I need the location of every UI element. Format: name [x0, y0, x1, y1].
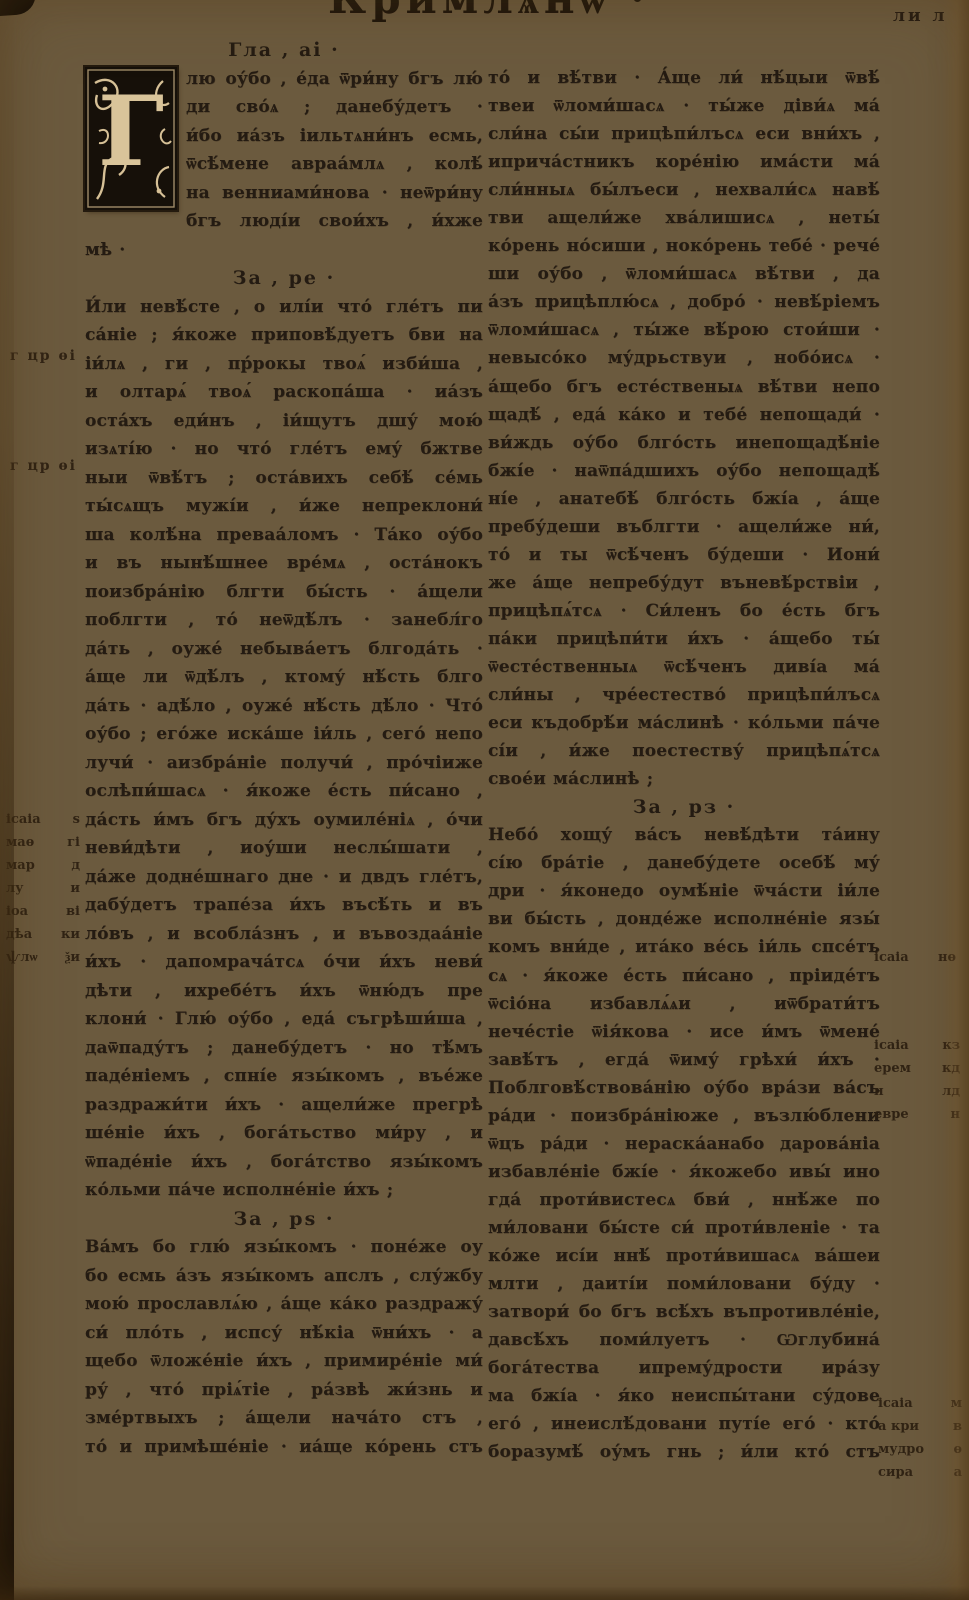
text-line: бгъ люді́и свои́хъ , и́хже пре́же разу́ [186, 207, 483, 236]
text-line: Небо́ хощу́ ва́съ невѣ́дѣти та́ину [488, 821, 880, 849]
text-line: оу́бо ; его́же иска́ше іи́ль , сего́ неп… [85, 720, 483, 749]
text-line: завѣ́тъ , егда́ ѿиму́ грѣхи́ и́хъ · [488, 1046, 880, 1074]
margin-reference: дѣаки [6, 923, 80, 946]
text-line: то́ и вѣ́тви · А́ще ли́ нѣ́цыи ѿвѣ́ [488, 64, 880, 92]
reference-book: евре [874, 1103, 909, 1126]
section-106-text: Ва́мъ бо глю́ язы́комъ · поне́же оубо ес… [85, 1233, 483, 1461]
text-line: ты́сѧщъ мужі́и , и́же непреклони́ [85, 492, 483, 521]
reference-book: ерем [874, 1057, 911, 1080]
text-line: дабу́детъ трапе́за и́хъ въсѣ́ть и въ [85, 891, 483, 920]
text-line: клони́ · Глю́ оу́бо , еда́ съгрѣши́ша , [85, 1005, 483, 1034]
text-line: а́ще ли ѿдѣ́лъ , ктому́ нѣ́сть блго [85, 663, 483, 692]
text-line: даѿпаду́тъ ; данебу́детъ · но тѣ́мъ [85, 1034, 483, 1063]
text-line: ша колѣ́на преваа́ломъ · Та́ко оу́бо [85, 521, 483, 550]
text-line: его́ , инеислѣ́довани путі́е его́ · кто́ [488, 1410, 880, 1438]
text-line: ѿломи́шасѧ , ты́же вѣ́рою стои́ши · [488, 316, 880, 344]
text-line: мѣ · [85, 236, 483, 265]
folio-number: ли л [893, 6, 948, 26]
text-line: твеи ѿломи́шасѧ · ты́же діви́ѧ ма́ [488, 92, 880, 120]
text-line: и въ нынѣ́шнее вре́мѧ , оста́нокъ [85, 549, 483, 578]
text-line: гда́ проти́вистесѧ бви́ , ннѣ́же по [488, 1186, 880, 1214]
text-line: да́ть · адѣ́ло , оуже́ нѣ́сть дѣ́ло · Чт… [85, 692, 483, 721]
right-column-text: то́ и вѣ́тви · А́ще ли́ нѣ́цыи ѿвѣ́твеи … [488, 64, 880, 793]
reference-number: гі [67, 831, 80, 854]
text-line: ѿесте́ственныѧ ѿсѣ́ченъ диві́а ма́ [488, 653, 880, 681]
reference-number: ѳ [954, 1438, 962, 1461]
binding-spine-edge [0, 0, 14, 1600]
book-page: Кримлѧнѡ · ли л г цр ѳі г цр ѳі ісаіаѕма… [0, 0, 969, 1600]
margin-reference: ісаіаѕ [6, 808, 80, 831]
reference-number: кз [942, 1034, 960, 1057]
text-line: бо есмь а́зъ язы́комъ апслъ , слу́жбу [85, 1262, 483, 1291]
text-line: щадѣ́ , еда́ ка́ко и тебе́ непощади́ · [488, 401, 880, 429]
text-line: ди сво́ѧ ; данебу́детъ · [186, 93, 483, 122]
text-line: да́ть , оуже́ небыва́етъ блгода́ть · [85, 635, 483, 664]
initial-letter: Г [98, 84, 164, 180]
text-line: ко́же исі́и ннѣ́ проти́вишасѧ ва́шеи [488, 1242, 880, 1270]
reference-number: ѯи [65, 946, 80, 969]
reference-book: маѳ [6, 831, 34, 854]
text-line: пребу́деши въблгти · ащели́же ни́, [488, 513, 880, 541]
reference-number: м [951, 1392, 962, 1415]
text-line: ши оу́бо , ѿломи́шасѧ вѣ́тви , да [488, 260, 880, 288]
text-line: а́щебо бгъ есте́ственыѧ вѣ́тви непо [488, 373, 880, 401]
chapter-heading: Гла , аі · [85, 36, 483, 65]
reference-number: кд [942, 1057, 960, 1080]
text-line: ко́рень но́сиши , ноко́рень тебе́ · рече… [488, 232, 880, 260]
margin-note-kings-2: г цр ѳі [10, 458, 77, 474]
margin-note-kings-1: г цр ѳі [10, 348, 77, 364]
text-line: невысо́ко му́дрьствуи , нобо́исѧ · [488, 344, 880, 372]
text-line: изѧті́ю · но что́ гле́тъ ему́ бжтве [85, 435, 483, 464]
margin-reference: ісаіанѳ [874, 946, 956, 969]
reference-book: мар [6, 854, 35, 877]
text-line: ѿцъ ра́ди · нераска́анабо дарова́ніа [488, 1130, 880, 1158]
text-line: Поблговѣ́ствова́нію оу́бо вра́зи ва́съ [488, 1074, 880, 1102]
text-line: тви ащели́же хва́лишисѧ , неты́ [488, 204, 880, 232]
margin-cross-references-left: ісаіаѕмаѳгімардлуиіоавідѣакиѱлѡѯи [6, 808, 80, 969]
text-line: и́хъ · дапомрача́тсѧ о́чи и́хъ неви́ [85, 948, 483, 977]
text-line: оста́хъ еди́нъ , іи́щутъ дшу́ мою́ [85, 407, 483, 436]
text-line: ру́ , что́ пріѧ́тіе , ра́звѣ жи́знь и [85, 1376, 483, 1405]
margin-reference: сираа [878, 1461, 962, 1484]
reference-book: мудро [878, 1438, 924, 1461]
margin-reference: а крив [878, 1415, 962, 1438]
margin-cross-references-right-3: ісаіама кривмудроѳсираа [878, 1392, 962, 1484]
text-line: ми́ловани бы́сте си́ проти́вленіе · та [488, 1214, 880, 1242]
text-line: боразумѣ́ оу́мъ гнь ; и́ли кто́ стъ [488, 1438, 880, 1466]
margin-reference: ісаіам [878, 1392, 962, 1415]
running-header: Кримлѧнѡ · [328, 0, 650, 24]
reference-number: ки [61, 923, 80, 946]
text-line: па́ки прицѣпи́ти и́хъ · а́щебо ты́ [488, 625, 880, 653]
margin-reference: іоаві [6, 900, 80, 923]
text-line: ко́льми па́че исполне́ніе и́хъ ; [85, 1176, 483, 1205]
text-line: же а́ще непребу́дут въневѣ́рствіи , [488, 569, 880, 597]
section-heading-106: За , рѕ · [85, 1205, 483, 1234]
section-heading-107: За , рз · [488, 793, 880, 821]
reference-number: лд [942, 1080, 960, 1103]
text-line: свое́и ма́слинѣ ; [488, 765, 880, 793]
text-line: дри · я́конедо оумѣ́ніе ѿча́сти іи́ле [488, 877, 880, 905]
margin-cross-references-right-1: ісаіанѳ [874, 946, 956, 969]
text-line: то́ и примѣше́ніе · иа́ще ко́рень стъ [85, 1433, 483, 1462]
reference-book: ісаіа [878, 1392, 913, 1415]
page-bottom-edge [0, 1586, 969, 1600]
text-line: раздражи́ти и́хъ · ащели́же прегрѣ [85, 1091, 483, 1120]
text-line: дѣти , ихребе́тъ и́хъ ѿню́дъ пре [85, 977, 483, 1006]
text-line: ше́ніе и́хъ , бога́тьство ми́ру , и [85, 1119, 483, 1148]
text-line: бжі́е · наѿпа́дшихъ оу́бо непощадѣ́ [488, 457, 880, 485]
text-line: сли́нныѧ бы́лъеси , нехвали́сѧ навѣ́ [488, 176, 880, 204]
text-line: бога́тества ипрему́дрости ира́зу [488, 1354, 880, 1382]
left-text-column: Гла , аі · Г лю оу́бо , е́да ѿри́ну бг [85, 36, 483, 1461]
text-line: мою́ прославлѧ́ю , а́ще ка́ко раздражу́ [85, 1290, 483, 1319]
text-line: еси къдобрѣ́и ма́слинѣ · ко́льми па́че [488, 709, 880, 737]
text-line: ныи ѿвѣ́тъ ; оста́вихъ себѣ́ се́мь [85, 464, 483, 493]
text-line: поблгти , то́ неѿдѣ́лъ · занебл́го [85, 606, 483, 635]
text-line: са́ніе ; я́коже приповѣ́дуетъ бви на [85, 321, 483, 350]
text-line: и олтарѧ́ твоѧ́ раскопа́ша · иа́зъ [85, 378, 483, 407]
text-line: избавле́ніе бжі́е · я́кожебо ивы́ ино [488, 1158, 880, 1186]
margin-reference: мард [6, 854, 80, 877]
ornamental-initial-block: Г [85, 67, 177, 210]
text-line: сі́ю бра́тіе , данебу́дете осебѣ́ му́ [488, 849, 880, 877]
reference-number: в [953, 1415, 962, 1438]
page-right-edge [943, 0, 969, 1600]
text-line: ѿсѣ́мене авраа́млѧ , колѣ́ [186, 150, 483, 179]
section-105-text: И́ли невѣ́сте , о илі́и что́ гле́тъ писа… [85, 293, 483, 1205]
text-line: млти , даиті́и поми́ловани бу́ду · [488, 1270, 880, 1298]
text-line: прицѣпѧ́тсѧ · Си́ленъ бо е́сть бгъ [488, 597, 880, 625]
reference-number: н [950, 1103, 960, 1126]
section-heading-105: За , ре · [85, 264, 483, 293]
right-text-column: то́ и вѣ́тви · А́ще ли́ нѣ́цыи ѿвѣ́твеи … [488, 64, 880, 1466]
text-line: сли́на сы́и прицѣпи́лъсѧ еси вни́хъ , [488, 120, 880, 148]
reference-number: ѕ [73, 808, 80, 831]
reference-book: а кри [878, 1415, 919, 1438]
text-line: зме́ртвыхъ ; а́щели нача́то стъ , [85, 1404, 483, 1433]
text-line: на венниами́нова · неѿри́ну [186, 179, 483, 208]
reference-number: а [954, 1461, 962, 1484]
text-line: ви бы́сть , донде́же исполне́ніе язы́ [488, 905, 880, 933]
text-line: да́же додне́шнаго дне · и двдъ гле́тъ, [85, 863, 483, 892]
text-line: си́ пло́ть , испсу́ нѣ́кіа ѿни́хъ · а [85, 1319, 483, 1348]
margin-reference: еремкд [874, 1057, 960, 1080]
section-107-text: Небо́ хощу́ ва́съ невѣ́дѣти та́инусі́ю б… [488, 821, 880, 1466]
text-line: Ва́мъ бо глю́ язы́комъ · поне́же оу [85, 1233, 483, 1262]
margin-reference: луи [6, 877, 80, 900]
margin-reference: мудроѳ [878, 1438, 962, 1461]
reference-book: лу [6, 877, 24, 900]
text-line: сі́и , и́же поестеству́ прицѣпѧ́тсѧ [488, 737, 880, 765]
text-line: сли́ны , чре́естество́ прицѣпи́лъсѧ [488, 681, 880, 709]
reference-book: дѣа [6, 923, 32, 946]
text-line: ло́въ , и всобла́знъ , и въвоздаа́ніе [85, 920, 483, 949]
text-line: ѿпаде́ніе и́хъ , бога́тство язы́комъ [85, 1148, 483, 1177]
text-line: лю оу́бо , е́да ѿри́ну бгъ лю́ [186, 65, 483, 94]
text-line: то́ и ты ѿсѣ́ченъ бу́деши · Иони́ [488, 541, 880, 569]
reference-book: ѱлѡ [6, 946, 38, 969]
margin-cross-references-right-2: ісаіакзеремкдилдеврен [874, 1034, 960, 1126]
page-corner-stain [0, 0, 37, 17]
text-line: нече́стіе ѿія́кова · исе и́мъ ѿмене́ [488, 1018, 880, 1046]
text-line: ѿсіо́на избавлѧ́ѧи , иѿбрати́тъ [488, 990, 880, 1018]
text-line: ні́е , анатебѣ́ блго́сть бжі́а , а́ще [488, 485, 880, 513]
text-line: щебо ѿложе́ніе и́хъ , примире́ніе ми́ [85, 1347, 483, 1376]
margin-reference: ѱлѡѯи [6, 946, 80, 969]
text-line: поизбра́нію блгти бы́сть · а́щели [85, 578, 483, 607]
reference-book: ісаіа [874, 946, 909, 969]
text-line: паде́ніемъ , спні́е язы́комъ , въе́же [85, 1062, 483, 1091]
text-line: ра́ди · поизбра́ніюже , възлю́блени [488, 1102, 880, 1130]
reference-book: ісаіа [874, 1034, 909, 1057]
margin-reference: илд [874, 1080, 960, 1103]
text-line: затвори́ бо бгъ всѣ́хъ въпротивле́ніе, [488, 1298, 880, 1326]
text-line: иприча́стникъ коре́нію има́сти ма́ [488, 148, 880, 176]
text-line: давсѣ́хъ поми́луетъ · Ѡглубина́ [488, 1326, 880, 1354]
text-line: комъ вни́де , ита́ко ве́сь іи́ль спсе́тъ [488, 933, 880, 961]
text-line: И́ли невѣ́сте , о илі́и что́ гле́тъ пи [85, 293, 483, 322]
text-line: неви́дѣти , иоу́ши неслы́шати , [85, 834, 483, 863]
text-line: іи́лѧ , ги , пр́рокы твоѧ́ изби́ша , [85, 350, 483, 379]
reference-book: ісаіа [6, 808, 41, 831]
reference-number: нѳ [938, 946, 956, 969]
text-line: сѧ · я́коже е́сть пи́сано , пріиде́тъ [488, 962, 880, 990]
text-line: да́сть и́мъ бгъ ду́хъ оумиле́ніѧ , о́чи [85, 806, 483, 835]
opening-lines-full: бгъ люді́и свои́хъ , и́хже пре́же разу́м… [85, 207, 483, 264]
text-line: ви́ждь оу́бо блго́сть инепощадѣ́ніе [488, 429, 880, 457]
text-line: ма бжі́а · я́ко неиспы́тани су́дове [488, 1382, 880, 1410]
text-line: ослѣпи́шасѧ · я́коже е́сть пи́сано , [85, 777, 483, 806]
text-line: лучи́ · аизбра́ніе получи́ , про́чіиже [85, 749, 483, 778]
text-line: и́бо иа́зъ іильтѧни́нъ есмь, [186, 122, 483, 151]
reference-book: іоа [6, 900, 28, 923]
opening-paragraph: Г лю оу́бо , е́да ѿри́ну бгъ лю́ди сво́ѧ… [85, 65, 483, 265]
reference-number: д [71, 854, 80, 877]
reference-number: и [70, 877, 80, 900]
reference-book: сира [878, 1461, 913, 1484]
margin-reference: еврен [874, 1103, 960, 1126]
margin-reference: ісаіакз [874, 1034, 960, 1057]
text-line: а́зъ прицѣплю́сѧ , добро́ · невѣ́ріемъ [488, 288, 880, 316]
margin-reference: маѳгі [6, 831, 80, 854]
reference-book: и [874, 1080, 884, 1103]
reference-number: ві [66, 900, 80, 923]
